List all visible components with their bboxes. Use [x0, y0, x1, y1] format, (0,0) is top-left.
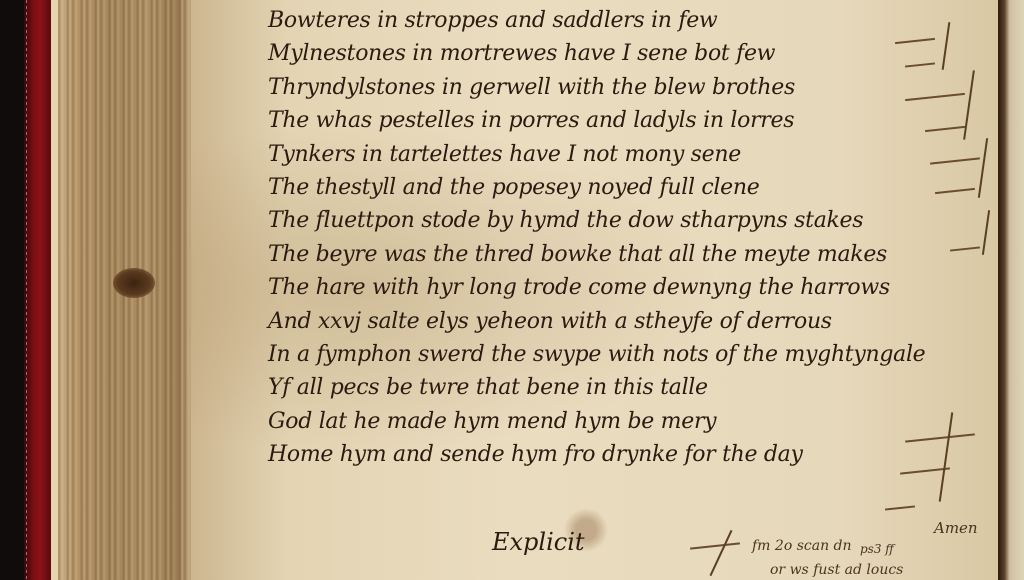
- ink-stain: [113, 268, 155, 298]
- line-text: Yf all pecs be twre that bene in this ta…: [268, 375, 708, 400]
- annotation-note: ps3 ff: [860, 542, 894, 556]
- manuscript-line: Home hym and sende hym fro drynke for th…: [268, 438, 968, 471]
- line-text: God lat he made hym mend hym be mery: [268, 409, 716, 434]
- manuscript-line: Tynkers in tartelettes have I not mony s…: [268, 138, 968, 171]
- page-edge-highlight: [51, 0, 58, 580]
- line-text: And xxvj salte elys yeheon with a stheyf…: [268, 309, 832, 334]
- manuscript-line: The thestyll and the popesey noyed full …: [268, 171, 968, 204]
- line-text: Home hym and sende hym fro drynke for th…: [268, 442, 803, 467]
- manuscript-line: The beyre was the thred bowke that all t…: [268, 238, 968, 271]
- background-dark-edge: [0, 0, 24, 580]
- manuscript-line: Yf all pecs be twre that bene in this ta…: [268, 371, 968, 404]
- right-page-gutter: [998, 0, 1024, 580]
- manuscript-line: Mylnestones in mortrewes have I sene bot…: [268, 37, 968, 70]
- red-velvet-cushion: [24, 0, 51, 580]
- manuscript-line: God lat he made hym mend hym be mery: [268, 405, 968, 438]
- line-text: The beyre was the thred bowke that all t…: [268, 242, 887, 267]
- line-text: In a fymphon swerd the swype with nots o…: [268, 342, 925, 367]
- manuscript-line: Bowteres in stroppes and saddlers in few: [268, 4, 968, 37]
- explicit-colophon: Explicit: [492, 528, 585, 556]
- annotation-note: or ws fust ad loucs: [770, 562, 903, 578]
- manuscript-line: The fluettpon stode by hymd the dow stha…: [268, 204, 968, 237]
- book-page-edges: [51, 0, 191, 580]
- line-text: Tynkers in tartelettes have I not mony s…: [268, 142, 741, 167]
- manuscript-text-block: Bowteres in stroppes and saddlers in few…: [268, 4, 968, 471]
- line-text: The whas pestelles in porres and ladyls …: [268, 108, 794, 133]
- annotation-note: fm 2o scan dn: [752, 538, 852, 554]
- line-text: Bowteres in stroppes and saddlers in few: [268, 8, 717, 33]
- manuscript-line: Thryndylstones in gerwell with the blew …: [268, 71, 968, 104]
- line-text: Thryndylstones in gerwell with the blew …: [268, 75, 795, 100]
- line-text: The fluettpon stode by hymd the dow stha…: [268, 208, 863, 233]
- line-text: Mylnestones in mortrewes have I sene bot…: [268, 41, 775, 66]
- line-text: The thestyll and the popesey noyed full …: [268, 175, 759, 200]
- line-text: The hare with hyr long trode come dewnyn…: [268, 275, 890, 300]
- manuscript-line: The hare with hyr long trode come dewnyn…: [268, 271, 968, 304]
- manuscript-line: The whas pestelles in porres and ladyls …: [268, 104, 968, 137]
- annotation-amen: Amen: [934, 519, 978, 537]
- manuscript-line: In a fymphon swerd the swype with nots o…: [268, 338, 968, 371]
- manuscript-line: And xxvj salte elys yeheon with a stheyf…: [268, 305, 968, 338]
